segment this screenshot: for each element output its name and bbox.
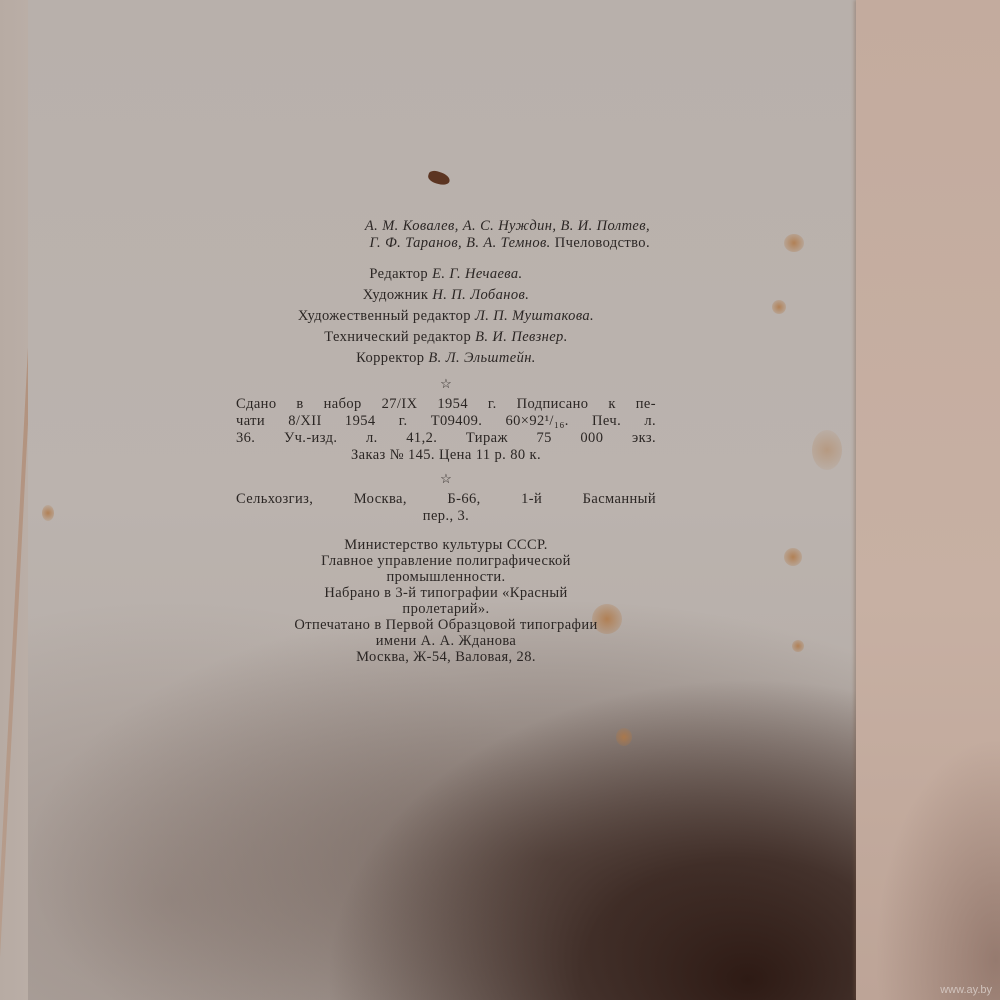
- foxing-stain: [784, 548, 802, 566]
- imprint-line: 36. Уч.-изд. л. 41,2. Тираж 75 000 экз.: [236, 430, 656, 447]
- credit-role: Редактор: [369, 266, 428, 282]
- right-page: [856, 0, 1000, 1000]
- printing-line: Главное управление полиграфической: [236, 553, 656, 569]
- publisher-block: Сельхозгиз, Москва, Б-66, 1-й Басманный …: [236, 491, 656, 525]
- credit-name: Л. П. Муштакова.: [475, 308, 594, 324]
- credit-art-editor: Художественный редактор Л. П. Муштакова.: [236, 306, 656, 327]
- authors-line: А. М. Ковалев, А. С. Нуждин, В. И. Полте…: [236, 218, 650, 235]
- credit-name: Н. П. Лобанов.: [432, 287, 529, 303]
- printing-line: пролетарий».: [236, 601, 656, 617]
- colophon: А. М. Ковалев, А. С. Нуждин, В. И. Полте…: [236, 218, 656, 665]
- foxing-stain: [784, 234, 804, 252]
- authors-title-line: Г. Ф. Таранов, В. А. Темнов. Пчеловодств…: [236, 235, 650, 252]
- credit-proofreader: Корректор В. Л. Эльштейн.: [236, 348, 656, 369]
- book-title: Пчеловодство.: [555, 235, 650, 251]
- foxing-stain: [792, 640, 804, 652]
- credit-name: В. Л. Эльштейн.: [428, 350, 535, 366]
- credit-role: Технический редактор: [324, 329, 471, 345]
- foxing-stain: [812, 430, 842, 470]
- credit-artist: Художник Н. П. Лобанов.: [236, 285, 656, 306]
- authors-block: А. М. Ковалев, А. С. Нуждин, В. И. Полте…: [236, 218, 656, 252]
- credit-name: В. И. Певзнер.: [475, 329, 568, 345]
- printing-line: Отпечатано в Первой Образцовой типографи…: [236, 617, 656, 633]
- imprint-line: чати 8/XII 1954 г. Т09409. 60×92¹/₁₆. Пе…: [236, 413, 656, 430]
- publisher-line: пер., 3.: [236, 508, 656, 525]
- star-separator-icon: ☆: [236, 375, 656, 392]
- foxing-stain: [616, 728, 632, 746]
- printing-line: Министерство культуры СССР.: [236, 537, 656, 553]
- credit-role: Художественный редактор: [298, 308, 471, 324]
- credit-role: Художник: [363, 287, 429, 303]
- watermark: www.ay.by: [940, 984, 992, 996]
- foxing-stain: [772, 300, 786, 314]
- printing-line: Москва, Ж-54, Валовая, 28.: [236, 649, 656, 665]
- printing-block: Министерство культуры СССР. Главное упра…: [236, 537, 656, 665]
- credit-role: Корректор: [356, 350, 424, 366]
- credit-name: Е. Г. Нечаева.: [432, 266, 523, 282]
- foxing-stain: [42, 505, 54, 521]
- credits-block: Редактор Е. Г. Нечаева. Художник Н. П. Л…: [236, 264, 656, 369]
- publisher-line: Сельхозгиз, Москва, Б-66, 1-й Басманный: [236, 491, 656, 508]
- star-separator-icon: ☆: [236, 470, 656, 487]
- imprint-block: Сдано в набор 27/IX 1954 г. Подписано к …: [236, 396, 656, 464]
- ink-blot: [427, 169, 451, 186]
- authors-names: Г. Ф. Таранов, В. А. Темнов.: [369, 235, 550, 251]
- credit-editor: Редактор Е. Г. Нечаева.: [236, 264, 656, 285]
- imprint-line: Сдано в набор 27/IX 1954 г. Подписано к …: [236, 396, 656, 413]
- printing-line: Набрано в 3-й типографии «Красный: [236, 585, 656, 601]
- printing-line: имени А. А. Жданова: [236, 633, 656, 649]
- imprint-line: Заказ № 145. Цена 11 р. 80 к.: [236, 447, 656, 464]
- credit-tech-editor: Технический редактор В. И. Певзнер.: [236, 327, 656, 348]
- printing-line: промышленности.: [236, 569, 656, 585]
